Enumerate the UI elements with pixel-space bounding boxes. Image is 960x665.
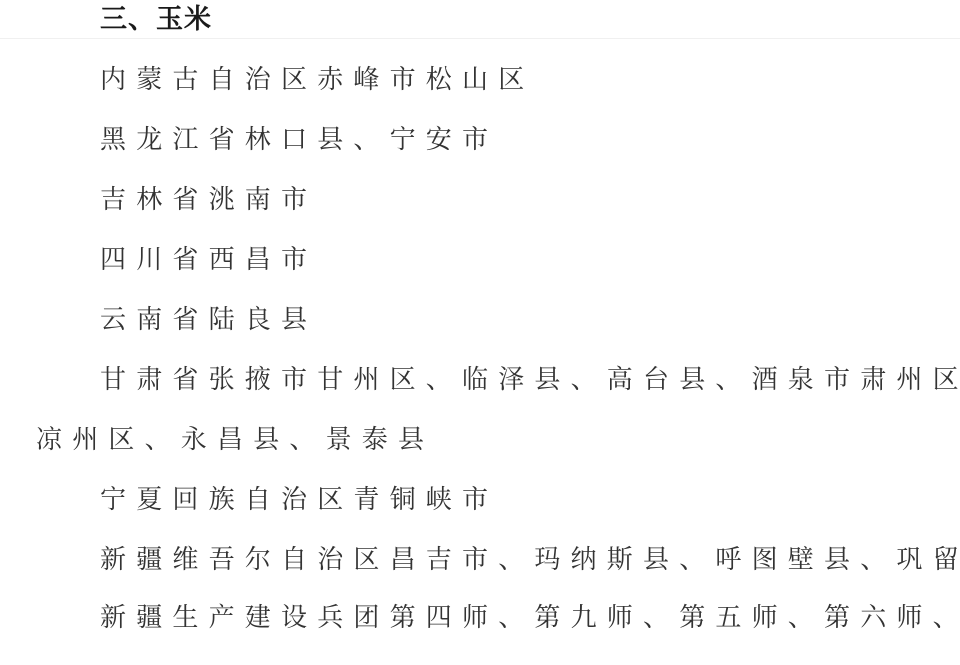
region-line-sichuan: 四川省西昌市 (100, 243, 317, 277)
region-line-xinjiang: 新疆维吾尔自治区昌吉市、玛纳斯县、呼图壁县、巩留县 (100, 543, 960, 577)
region-line-jilin: 吉林省洮南市 (100, 183, 317, 217)
region-line-ningxia: 宁夏回族自治区青铜峡市 (100, 483, 498, 517)
region-line-gansu: 甘肃省张掖市甘州区、临泽县、高台县、酒泉市肃州区、武威市 (100, 363, 960, 397)
region-line-yunnan: 云南省陆良县 (100, 303, 317, 337)
section-heading: 三、玉米 (100, 2, 212, 38)
region-line-gansu-continued: 凉州区、永昌县、景泰县 (36, 423, 434, 457)
region-line-xinjiang-corps: 新疆生产建设兵团第四师、第九师、第五师、第六师、第八师 (100, 601, 960, 635)
region-line-heilongjiang: 黑龙江省林口县、宁安市 (100, 123, 498, 157)
top-divider (0, 38, 960, 39)
region-line-inner-mongolia: 内蒙古自治区赤峰市松山区 (100, 63, 534, 97)
